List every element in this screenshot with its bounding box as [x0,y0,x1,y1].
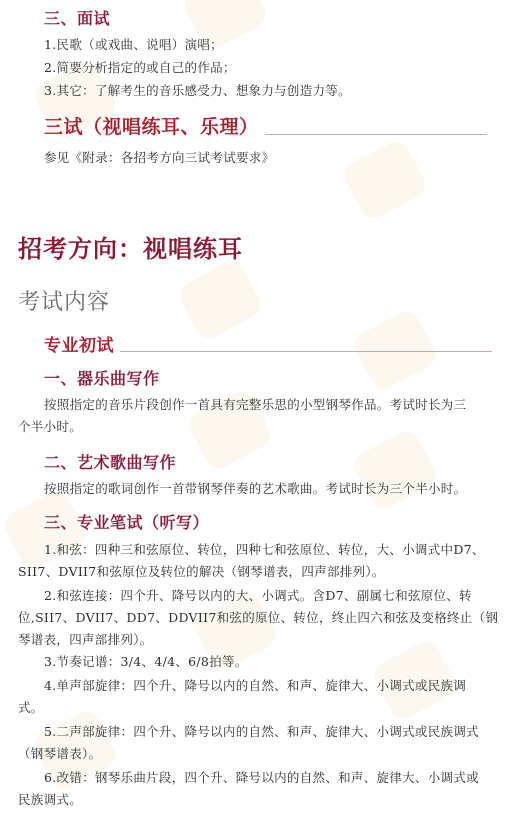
interview-item-3: 3.其它：了解考生的音乐感受力、想象力与创造力等。 [44,81,351,99]
dictation-item-5: 5.二声部旋律：四个升、降号以内的自然、和声、旋律大、小调式或民族调式 [44,722,479,740]
third-round-note: 参见《附录：各招考方向三试考试要求》 [44,148,274,166]
watermark-logo [340,137,430,223]
heading-rule [265,134,487,135]
dictation-item-5: （钢琴谱表）。 [18,744,101,762]
dictation-item-2: 2.和弦连接：四个升、降号以内的大、小调式。含D7、副属七和弦原位、转 [44,586,472,604]
section-instrumental-line: 个半小时。 [18,417,82,435]
dictation-item-6: 6.改错：钢琴乐曲片段，四个升、降号以内的自然、和声、旋律大、小调式或 [44,768,479,786]
section-art-song-heading: 二、艺术歌曲写作 [44,450,176,473]
first-round-heading: 专业初试 [44,331,492,356]
dictation-item-1: 1.和弦：四种三和弦原位、转位，四种七和弦原位、转位，大、小调式中D7、 [44,540,485,558]
third-round-heading: 三试（视唱练耳、乐理） [44,112,487,139]
dictation-item-2: 琴谱表，四声部排列）。 [18,630,153,648]
dictation-item-4: 4.单声部旋律：四个升、降号以内的自然、和声、旋律大、小调式或民族调 [44,676,466,694]
watermark-logo [350,427,440,513]
heading-rule [120,351,492,352]
dictation-item-1: SII7、DVII7和弦原位及转位的解决（钢琴谱表，四声部排列）。 [18,562,385,580]
section-instrumental-heading: 一、器乐曲写作 [44,366,160,389]
third-round-title: 三试（视唱练耳、乐理） [44,112,259,139]
dictation-item-4: 式。 [18,698,44,716]
dictation-item-2: 位,SII7、DVII7、DD7、DDVII7和弦的原位、转位，终止四六和弦及变… [18,608,498,626]
dictation-item-6: 民族调式。 [18,790,82,808]
interview-item-2: 2.简要分析指定的或自己的作品； [44,58,236,76]
direction-title: 招考方向：视唱练耳 [18,229,243,264]
section-dictation-heading: 三、专业笔试（听写） [44,510,209,533]
section-instrumental-line: 按照指定的音乐片段创作一首具有完整乐思的小型钢琴作品。考试时长为三 [44,395,466,413]
interview-item-1: 1.民歌（或戏曲、说唱）演唱； [44,35,223,53]
section-art-song-line: 按照指定的歌词创作一首带钢琴伴奏的艺术歌曲。考试时长为三个半小时。 [44,479,466,497]
exam-content-label: 考试内容 [18,285,110,316]
interview-heading: 三、面试 [44,6,110,29]
dictation-item-3: 3.节奏记谱：3/4、4/4、6/8拍等。 [44,652,248,670]
first-round-title: 专业初试 [44,331,114,356]
